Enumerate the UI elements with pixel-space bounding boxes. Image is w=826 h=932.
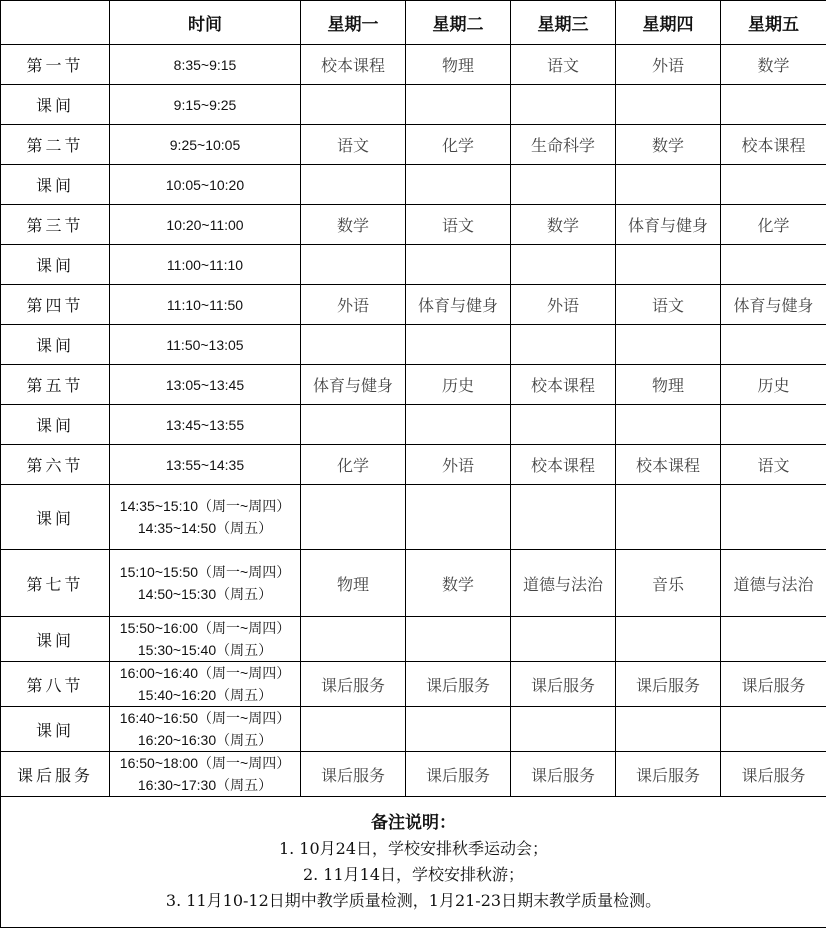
day-header-tue: 星期二 [406,1,511,45]
subject-cell-wed [511,325,616,365]
subject-cell-fri [721,405,826,445]
time-range: 15:40~16:20（周五） [110,684,300,706]
subject-cell-mon [301,405,406,445]
table-row: 课间15:50~16:00（周一~周四）15:30~15:40（周五） [1,617,826,662]
subject-cell-tue: 数学 [406,550,511,617]
table-row: 课间13:45~13:55 [1,405,826,445]
table-row: 第八节16:00~16:40（周一~周四）15:40~16:20（周五）课后服务… [1,662,826,707]
subject-cell-mon: 外语 [301,285,406,325]
time-range: 11:50~13:05 [110,334,300,356]
period-label: 课间 [1,405,110,445]
subject-cell-mon: 语文 [301,125,406,165]
subject-cell-fri: 化学 [721,205,826,245]
time-range: 15:50~16:00（周一~周四） [110,617,300,639]
corner-cell [1,1,110,45]
subject-cell-thu [616,85,721,125]
subject-cell-mon: 课后服务 [301,662,406,707]
period-time: 10:20~11:00 [110,205,301,245]
subject-cell-tue [406,325,511,365]
subject-cell-fri [721,165,826,205]
subject-cell-fri: 体育与健身 [721,285,826,325]
period-time: 15:50~16:00（周一~周四）15:30~15:40（周五） [110,617,301,662]
period-time: 11:10~11:50 [110,285,301,325]
period-time: 13:55~14:35 [110,445,301,485]
table-row: 第五节13:05~13:45体育与健身历史校本课程物理历史 [1,365,826,405]
period-label: 第八节 [1,662,110,707]
subject-cell-wed: 数学 [511,205,616,245]
subject-cell-tue [406,617,511,662]
subject-cell-mon: 课后服务 [301,752,406,797]
subject-cell-wed: 校本课程 [511,445,616,485]
subject-cell-wed [511,245,616,285]
notes-row: 备注说明： 1. 10月24日，学校安排秋季运动会； 2. 11月14日，学校安… [1,797,826,928]
subject-cell-fri: 课后服务 [721,662,826,707]
time-range: 11:10~11:50 [110,294,300,316]
subject-cell-thu [616,165,721,205]
period-time: 9:15~9:25 [110,85,301,125]
time-range: 16:40~16:50（周一~周四） [110,707,300,729]
subject-cell-tue: 历史 [406,365,511,405]
period-time: 16:50~18:00（周一~周四）16:30~17:30（周五） [110,752,301,797]
time-range: 9:25~10:05 [110,134,300,156]
subject-cell-tue: 物理 [406,45,511,85]
period-label: 课间 [1,245,110,285]
period-label: 第三节 [1,205,110,245]
time-range: 16:50~18:00（周一~周四） [110,752,300,774]
subject-cell-thu [616,405,721,445]
subject-cell-thu [616,245,721,285]
period-label: 课间 [1,707,110,752]
time-column-header: 时间 [110,1,301,45]
time-range: 16:00~16:40（周一~周四） [110,662,300,684]
period-time: 15:10~15:50（周一~周四）14:50~15:30（周五） [110,550,301,617]
time-range: 10:05~10:20 [110,174,300,196]
time-range: 14:50~15:30（周五） [110,583,300,605]
subject-cell-fri: 数学 [721,45,826,85]
table-row: 第一节8:35~9:15校本课程物理语文外语数学 [1,45,826,85]
note-item: 1. 10月24日，学校安排秋季运动会； [1,836,826,862]
subject-cell-fri [721,245,826,285]
subject-cell-wed: 道德与法治 [511,550,616,617]
subject-cell-mon: 化学 [301,445,406,485]
period-label: 课后服务 [1,752,110,797]
subject-cell-mon [301,85,406,125]
time-range: 14:35~14:50（周五） [110,517,300,539]
period-time: 16:00~16:40（周一~周四）15:40~16:20（周五） [110,662,301,707]
time-range: 15:10~15:50（周一~周四） [110,561,300,583]
subject-cell-thu [616,617,721,662]
table-row: 课后服务16:50~18:00（周一~周四）16:30~17:30（周五）课后服… [1,752,826,797]
time-range: 14:35~15:10（周一~周四） [110,495,300,517]
subject-cell-thu: 课后服务 [616,662,721,707]
subject-cell-fri: 语文 [721,445,826,485]
table-row: 课间11:50~13:05 [1,325,826,365]
time-range: 13:05~13:45 [110,374,300,396]
period-label: 课间 [1,485,110,550]
period-label: 课间 [1,85,110,125]
table-row: 课间14:35~15:10（周一~周四）14:35~14:50（周五） [1,485,826,550]
period-label: 第六节 [1,445,110,485]
period-label: 课间 [1,617,110,662]
subject-cell-tue: 课后服务 [406,662,511,707]
subject-cell-thu: 物理 [616,365,721,405]
subject-cell-tue: 课后服务 [406,752,511,797]
subject-cell-tue: 化学 [406,125,511,165]
period-label: 第七节 [1,550,110,617]
subject-cell-tue [406,485,511,550]
day-header-fri: 星期五 [721,1,826,45]
subject-cell-thu: 外语 [616,45,721,85]
period-label: 第四节 [1,285,110,325]
table-row: 课间16:40~16:50（周一~周四）16:20~16:30（周五） [1,707,826,752]
subject-cell-thu: 校本课程 [616,445,721,485]
subject-cell-mon: 体育与健身 [301,365,406,405]
subject-cell-fri: 校本课程 [721,125,826,165]
subject-cell-wed [511,707,616,752]
subject-cell-wed [511,405,616,445]
subject-cell-thu: 音乐 [616,550,721,617]
table-row: 课间9:15~9:25 [1,85,826,125]
table-row: 第四节11:10~11:50外语体育与健身外语语文体育与健身 [1,285,826,325]
table-row: 第六节13:55~14:35化学外语校本课程校本课程语文 [1,445,826,485]
notes-cell: 备注说明： 1. 10月24日，学校安排秋季运动会； 2. 11月14日，学校安… [1,797,826,928]
period-label: 第一节 [1,45,110,85]
subject-cell-thu: 体育与健身 [616,205,721,245]
header-row: 时间 星期一 星期二 星期三 星期四 星期五 [1,1,826,45]
subject-cell-tue [406,165,511,205]
subject-cell-tue: 体育与健身 [406,285,511,325]
subject-cell-wed: 语文 [511,45,616,85]
period-label: 课间 [1,165,110,205]
time-range: 15:30~15:40（周五） [110,639,300,661]
subject-cell-mon: 数学 [301,205,406,245]
time-range: 16:30~17:30（周五） [110,774,300,796]
subject-cell-mon [301,707,406,752]
subject-cell-tue [406,405,511,445]
subject-cell-wed [511,85,616,125]
subject-cell-fri [721,617,826,662]
note-item: 3. 11月10-12日期中教学质量检测，1月21-23日期末教学质量检测。 [1,888,826,914]
period-time: 10:05~10:20 [110,165,301,205]
subject-cell-tue: 语文 [406,205,511,245]
time-range: 11:00~11:10 [110,254,300,276]
period-time: 14:35~15:10（周一~周四）14:35~14:50（周五） [110,485,301,550]
period-time: 16:40~16:50（周一~周四）16:20~16:30（周五） [110,707,301,752]
subject-cell-mon [301,245,406,285]
subject-cell-mon [301,165,406,205]
subject-cell-mon [301,617,406,662]
period-time: 8:35~9:15 [110,45,301,85]
subject-cell-fri [721,325,826,365]
subject-cell-wed: 课后服务 [511,662,616,707]
subject-cell-thu: 课后服务 [616,752,721,797]
timetable: 时间 星期一 星期二 星期三 星期四 星期五 第一节8:35~9:15校本课程物… [0,0,826,928]
subject-cell-wed: 课后服务 [511,752,616,797]
note-item: 2. 11月14日，学校安排秋游； [1,862,826,888]
table-row: 第二节9:25~10:05语文化学生命科学数学校本课程 [1,125,826,165]
time-range: 8:35~9:15 [110,54,300,76]
subject-cell-mon: 校本课程 [301,45,406,85]
time-range: 16:20~16:30（周五） [110,729,300,751]
subject-cell-fri [721,707,826,752]
subject-cell-fri [721,485,826,550]
subject-cell-wed [511,165,616,205]
period-label: 第五节 [1,365,110,405]
subject-cell-thu [616,707,721,752]
subject-cell-wed [511,485,616,550]
time-range: 10:20~11:00 [110,214,300,236]
table-row: 课间10:05~10:20 [1,165,826,205]
subject-cell-wed: 校本课程 [511,365,616,405]
day-header-wed: 星期三 [511,1,616,45]
notes-title: 备注说明： [1,810,826,836]
table-row: 第七节15:10~15:50（周一~周四）14:50~15:30（周五）物理数学… [1,550,826,617]
timetable-body: 第一节8:35~9:15校本课程物理语文外语数学课间9:15~9:25第二节9:… [1,45,826,797]
subject-cell-mon: 物理 [301,550,406,617]
period-label: 第二节 [1,125,110,165]
subject-cell-tue [406,245,511,285]
subject-cell-thu: 数学 [616,125,721,165]
subject-cell-wed: 生命科学 [511,125,616,165]
table-row: 课间11:00~11:10 [1,245,826,285]
subject-cell-fri: 历史 [721,365,826,405]
subject-cell-thu [616,325,721,365]
subject-cell-wed: 外语 [511,285,616,325]
period-time: 13:45~13:55 [110,405,301,445]
subject-cell-tue: 外语 [406,445,511,485]
subject-cell-wed [511,617,616,662]
subject-cell-tue [406,707,511,752]
subject-cell-fri [721,85,826,125]
subject-cell-mon [301,325,406,365]
period-time: 9:25~10:05 [110,125,301,165]
period-time: 11:50~13:05 [110,325,301,365]
period-time: 13:05~13:45 [110,365,301,405]
time-range: 13:55~14:35 [110,454,300,476]
time-range: 13:45~13:55 [110,414,300,436]
subject-cell-fri: 课后服务 [721,752,826,797]
subject-cell-mon [301,485,406,550]
table-row: 第三节10:20~11:00数学语文数学体育与健身化学 [1,205,826,245]
day-header-thu: 星期四 [616,1,721,45]
subject-cell-fri: 道德与法治 [721,550,826,617]
subject-cell-thu [616,485,721,550]
period-time: 11:00~11:10 [110,245,301,285]
time-range: 9:15~9:25 [110,94,300,116]
period-label: 课间 [1,325,110,365]
day-header-mon: 星期一 [301,1,406,45]
subject-cell-tue [406,85,511,125]
subject-cell-thu: 语文 [616,285,721,325]
